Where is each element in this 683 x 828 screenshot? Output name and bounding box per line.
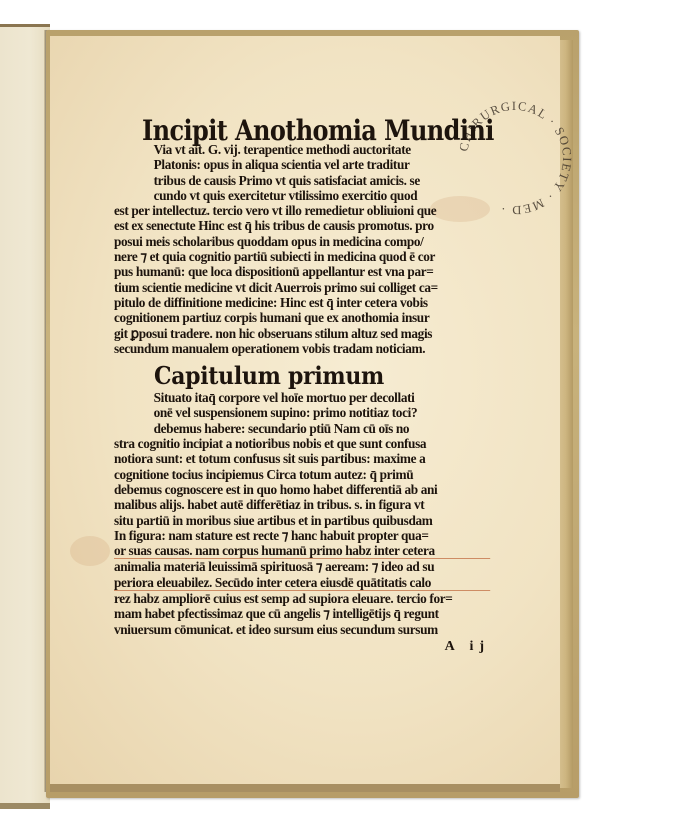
text-line: stra cognitio incipiat a notioribus nobi…: [114, 436, 490, 451]
text-line: rez habz ampliorē cuius est semp ad supi…: [114, 591, 490, 606]
recto-leaf: CHIRURGICAL · SOCIETY · MED · Incipit An…: [50, 36, 560, 792]
text-line: pus humanū: que loca dispositionū appell…: [114, 264, 490, 279]
text-line: pitulo de diffinitione medicine: Hinc es…: [114, 295, 490, 310]
text-line: In figura: nam stature est recte ⁊ hanc …: [114, 528, 490, 543]
text-line: Situato itaq̄ corpore vel hoīe mortuo pe…: [114, 390, 490, 405]
text-line: debemus cognoscere est in quo homo habet…: [114, 482, 490, 497]
text-line: situ partiū in moribus siue artibus et i…: [114, 513, 490, 528]
foxing-stain: [70, 536, 110, 566]
text-line: Via vt ait. G. vij. terapentice methodi …: [114, 142, 490, 157]
text-line: debemus habere: secundario ptiū Nam cū o…: [114, 421, 490, 436]
text-line: mam habet pfectissimaz que cū angelis ⁊ …: [114, 606, 490, 621]
facing-endpaper: [0, 24, 50, 809]
text-line: cognitione tocius incipiemus Circa totum…: [114, 467, 490, 482]
chapter-body: Situato itaq̄ corpore vel hoīe mortuo pe…: [114, 390, 494, 637]
text-line: posui meis scholaribus quoddam opus in m…: [114, 234, 490, 249]
text-line: onē vel suspensionem supino: primo notit…: [114, 405, 490, 420]
chapter-heading: Capitulum primum: [154, 362, 494, 391]
text-line: tium scientie medicine vt dicit Auerrois…: [114, 280, 490, 295]
text-line: nere ⁊ et quia cognitio partiū subiecti …: [114, 249, 490, 264]
text-line: notiora sunt: et totum confusus sit suis…: [114, 451, 490, 466]
text-line: secundum manualem operationem vobis trad…: [114, 341, 490, 356]
text-line: est per intellectuz. tercio vero vt illo…: [114, 203, 490, 218]
preface: Via vt ait. G. vij. terapentice methodi …: [114, 142, 494, 356]
text-line: git ꝑposui tradere. non hic obseruans st…: [114, 326, 490, 341]
text-line: vniuersum cōmunicat. et ideo sursum eius…: [114, 622, 490, 637]
text-line: malibus alijs. habet autē differētiaz in…: [114, 497, 490, 512]
text-line-rubricated: periora eleuabilez. Secūdo inter cetera …: [114, 575, 490, 591]
text-line: cundo vt quis exercitetur vtilissimo exe…: [114, 188, 490, 203]
text-line: cognitionem partiuz corpis humani que ex…: [114, 310, 490, 325]
text-line: tribus de causis Primo vt quis satisfaci…: [114, 173, 490, 188]
signature-mark: A ij: [114, 639, 494, 655]
text-line: est ex senectute Hinc est q̄ his tribus …: [114, 218, 490, 233]
text-block: Incipit Anothomia Mundini Via vt ait. G.…: [114, 116, 494, 655]
text-line-rubricated: or suas causas. nam corpus humanū primo …: [114, 543, 490, 559]
text-line: animalia materiā leuissimā spirituosā ⁊ …: [114, 559, 490, 574]
text-line: Platonis: opus in aliqua scientia vel ar…: [114, 157, 490, 172]
